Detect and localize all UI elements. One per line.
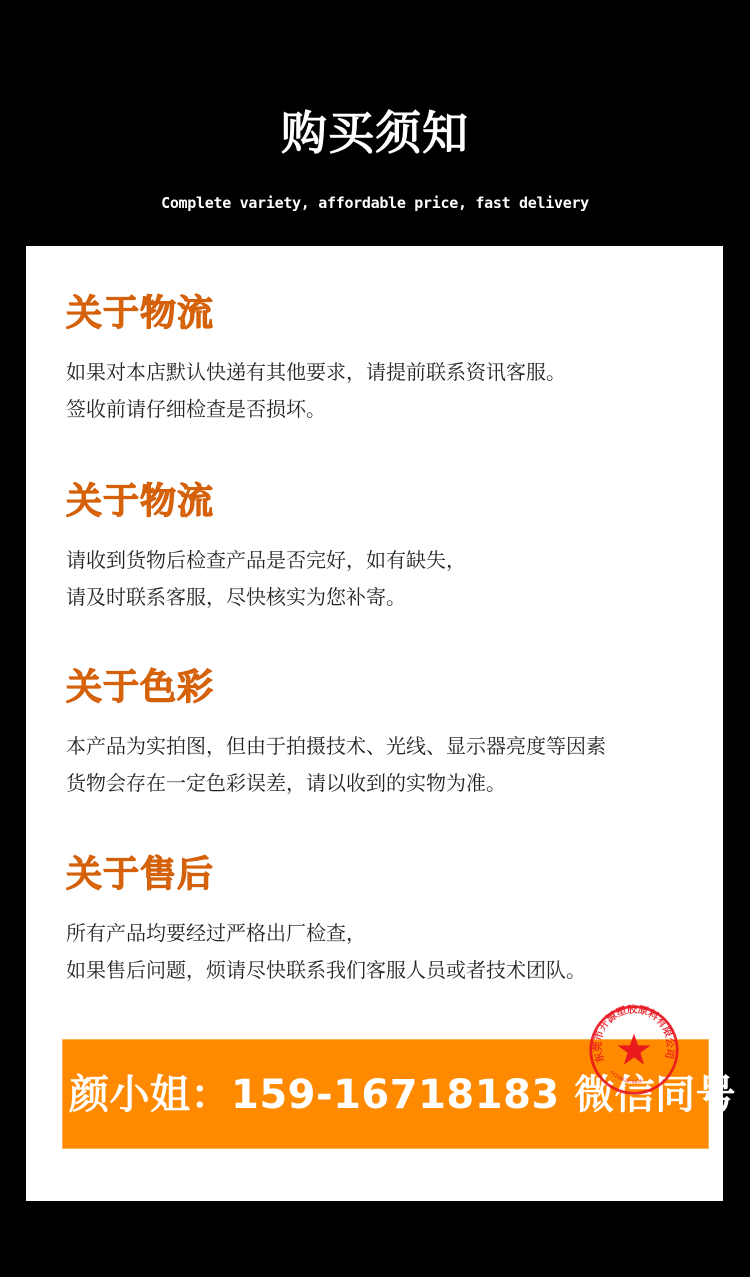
svg-text:4419002070636: 4419002070636 [609, 1069, 644, 1085]
body-line: 如果对本店默认快递有其他要求，请提前联系资讯客服。 [66, 354, 706, 391]
notice-card: 关于物流 如果对本店默认快递有其他要求，请提前联系资讯客服。 签收前请仔细检查是… [26, 246, 723, 1201]
body-line: 请及时联系客服，尽快核实为您补寄。 [66, 579, 706, 616]
stamp-code: 4419002070636 [609, 1069, 644, 1085]
body-line: 签收前请仔细检查是否损坏。 [66, 391, 706, 428]
company-seal-stamp: 东莞市开源塑胶原料有限公司 4419002070636 [588, 1004, 680, 1096]
body-line: 本产品为实拍图，但由于拍摄技术、光线、显示器亮度等因素 [66, 728, 706, 765]
section-body: 所有产品均要经过严格出厂检查， 如果售后问题，烦请尽快联系我们客服人员或者技术团… [66, 915, 706, 989]
section-heading: 关于色彩 [66, 666, 706, 710]
body-line: 请收到货物后检查产品是否完好，如有缺失， [66, 542, 706, 579]
section-logistics-1: 关于物流 如果对本店默认快递有其他要求，请提前联系资讯客服。 签收前请仔细检查是… [66, 292, 706, 428]
body-line: 如果售后问题，烦请尽快联系我们客服人员或者技术团队。 [66, 952, 706, 989]
section-body: 如果对本店默认快递有其他要求，请提前联系资讯客服。 签收前请仔细检查是否损坏。 [66, 354, 706, 428]
body-line: 所有产品均要经过严格出厂检查， [66, 915, 706, 952]
section-after-sales: 关于售后 所有产品均要经过严格出厂检查， 如果售后问题，烦请尽快联系我们客服人员… [66, 853, 706, 989]
section-heading: 关于物流 [66, 292, 706, 336]
page-title: 购买须知 [0, 103, 750, 163]
section-color: 关于色彩 本产品为实拍图，但由于拍摄技术、光线、显示器亮度等因素 货物会存在一定… [66, 666, 706, 802]
section-heading: 关于售后 [66, 853, 706, 897]
section-body: 请收到货物后检查产品是否完好，如有缺失， 请及时联系客服，尽快核实为您补寄。 [66, 542, 706, 616]
star-icon [617, 1033, 650, 1064]
page-subtitle: Complete variety, affordable price, fast… [0, 192, 750, 214]
section-heading: 关于物流 [66, 480, 706, 524]
section-body: 本产品为实拍图，但由于拍摄技术、光线、显示器亮度等因素 货物会存在一定色彩误差，… [66, 728, 706, 802]
section-logistics-2: 关于物流 请收到货物后检查产品是否完好，如有缺失， 请及时联系客服，尽快核实为您… [66, 480, 706, 616]
body-line: 货物会存在一定色彩误差，请以收到的实物为准。 [66, 765, 706, 802]
